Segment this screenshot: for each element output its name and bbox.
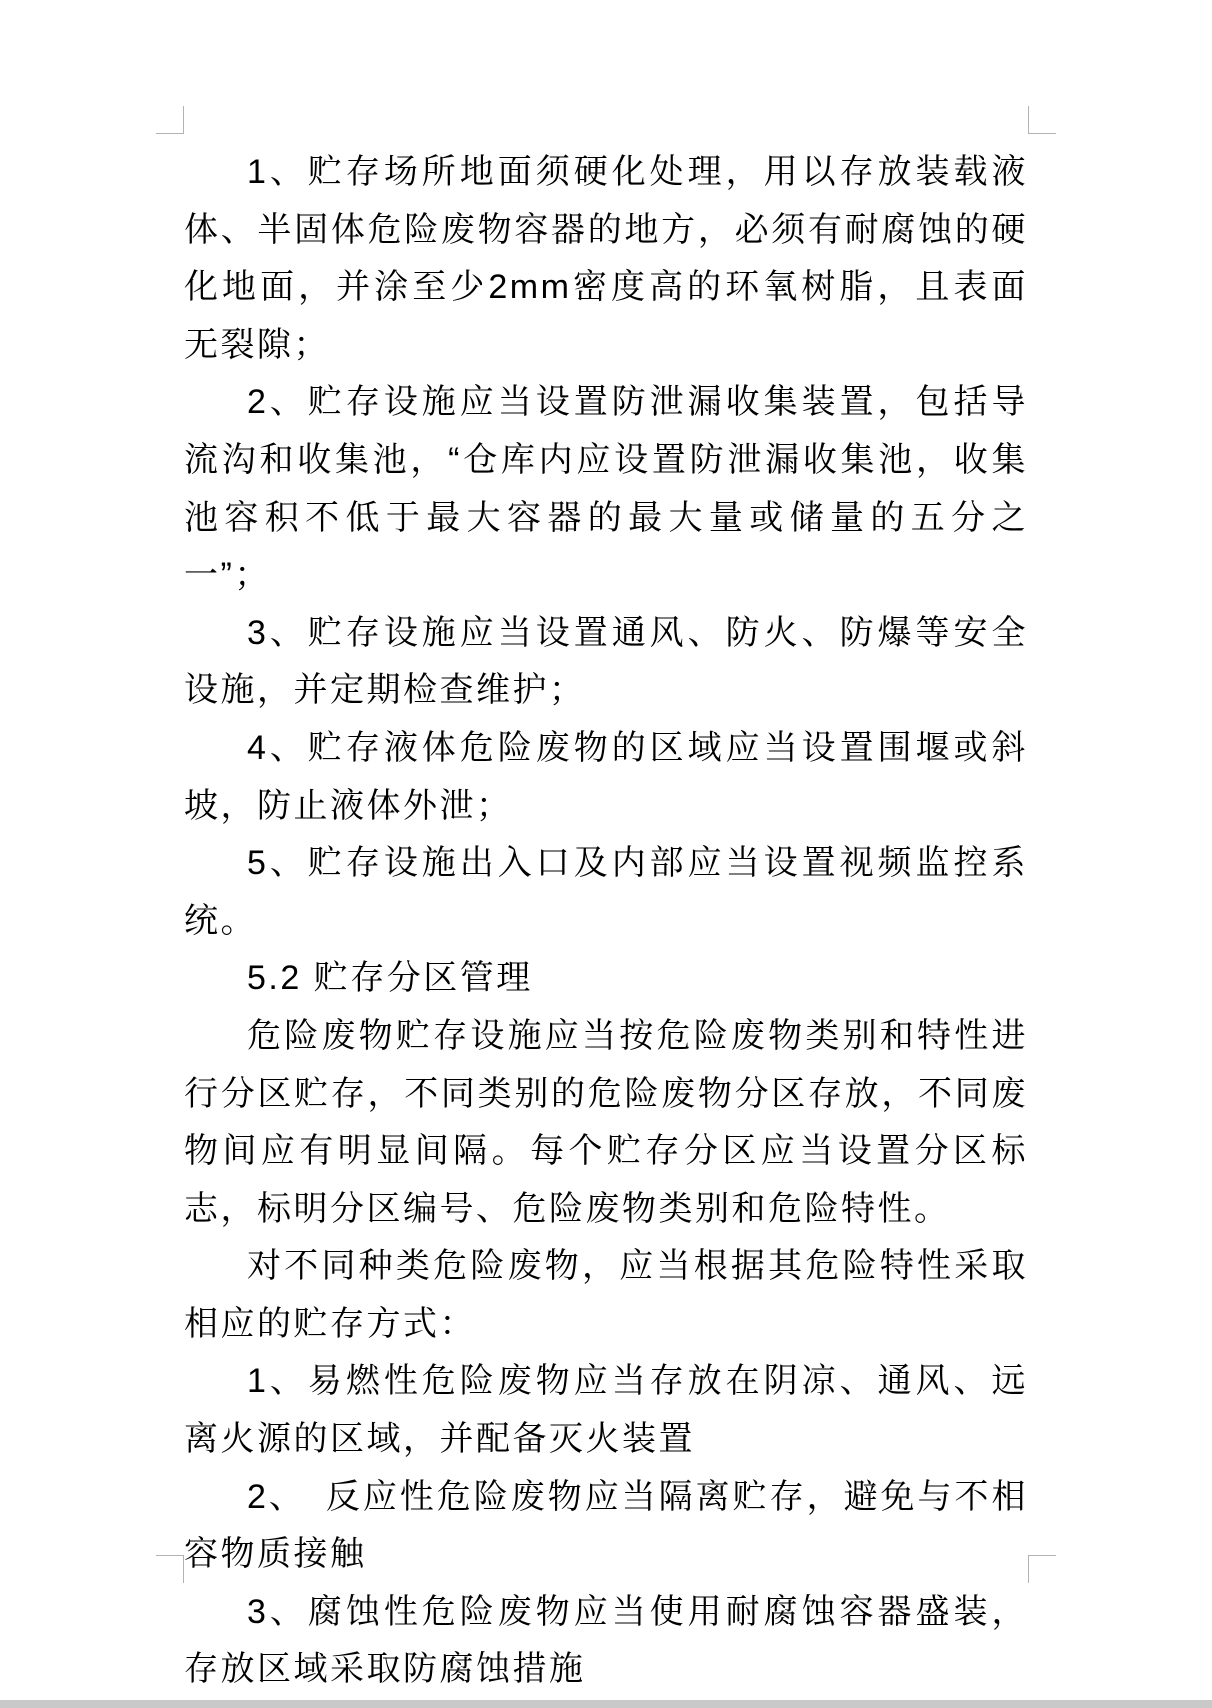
paragraph-corrosive-waste: 3、腐蚀性危险废物应当使用耐腐蚀容器盛装，存放区域采取防腐蚀措施 [184,1584,1028,1699]
document-body-text-area[interactable]: 1、贮存场所地面须硬化处理，用以存放装载液体、半固体危险废物容器的地方，必须有耐… [184,144,1028,1699]
section-heading-5-2: 5.2 贮存分区管理 [184,950,1028,1008]
paragraph-storage-methods-intro: 对不同种类危险废物，应当根据其危险特性采取相应的贮存方式： [184,1238,1028,1353]
margin-corner-mark-top-left [156,106,184,134]
paragraph-flammable-waste: 1、易燃性危险废物应当存放在阴凉、通风、远离火源的区域，并配备灭火装置 [184,1353,1028,1468]
page-bottom-edge-strip [0,1700,1212,1708]
paragraph-reactive-waste: 2、 反应性危险废物应当隔离贮存，避免与不相容物质接触 [184,1469,1028,1584]
document-page: 1、贮存场所地面须硬化处理，用以存放装载液体、半固体危险废物容器的地方，必须有耐… [0,0,1212,1708]
paragraph-leak-collection: 2、贮存设施应当设置防泄漏收集装置，包括导流沟和收集池，“仓库内应设置防泄漏收集… [184,374,1028,604]
paragraph-video-monitoring: 5、贮存设施出入口及内部应当设置视频监控系统。 [184,835,1028,950]
margin-corner-mark-bottom-right [1028,1555,1056,1583]
paragraph-hardened-floor: 1、贮存场所地面须硬化处理，用以存放装载液体、半固体危险废物容器的地方，必须有耐… [184,144,1028,374]
paragraph-safety-facilities: 3、贮存设施应当设置通风、防火、防爆等安全设施，并定期检查维护； [184,605,1028,720]
paragraph-zoned-storage: 危险废物贮存设施应当按危险废物类别和特性进行分区贮存，不同类别的危险废物分区存放… [184,1008,1028,1238]
margin-corner-mark-top-right [1028,106,1056,134]
margin-corner-mark-bottom-left [156,1555,184,1583]
paragraph-liquid-waste-bund: 4、贮存液体危险废物的区域应当设置围堰或斜坡，防止液体外泄； [184,720,1028,835]
